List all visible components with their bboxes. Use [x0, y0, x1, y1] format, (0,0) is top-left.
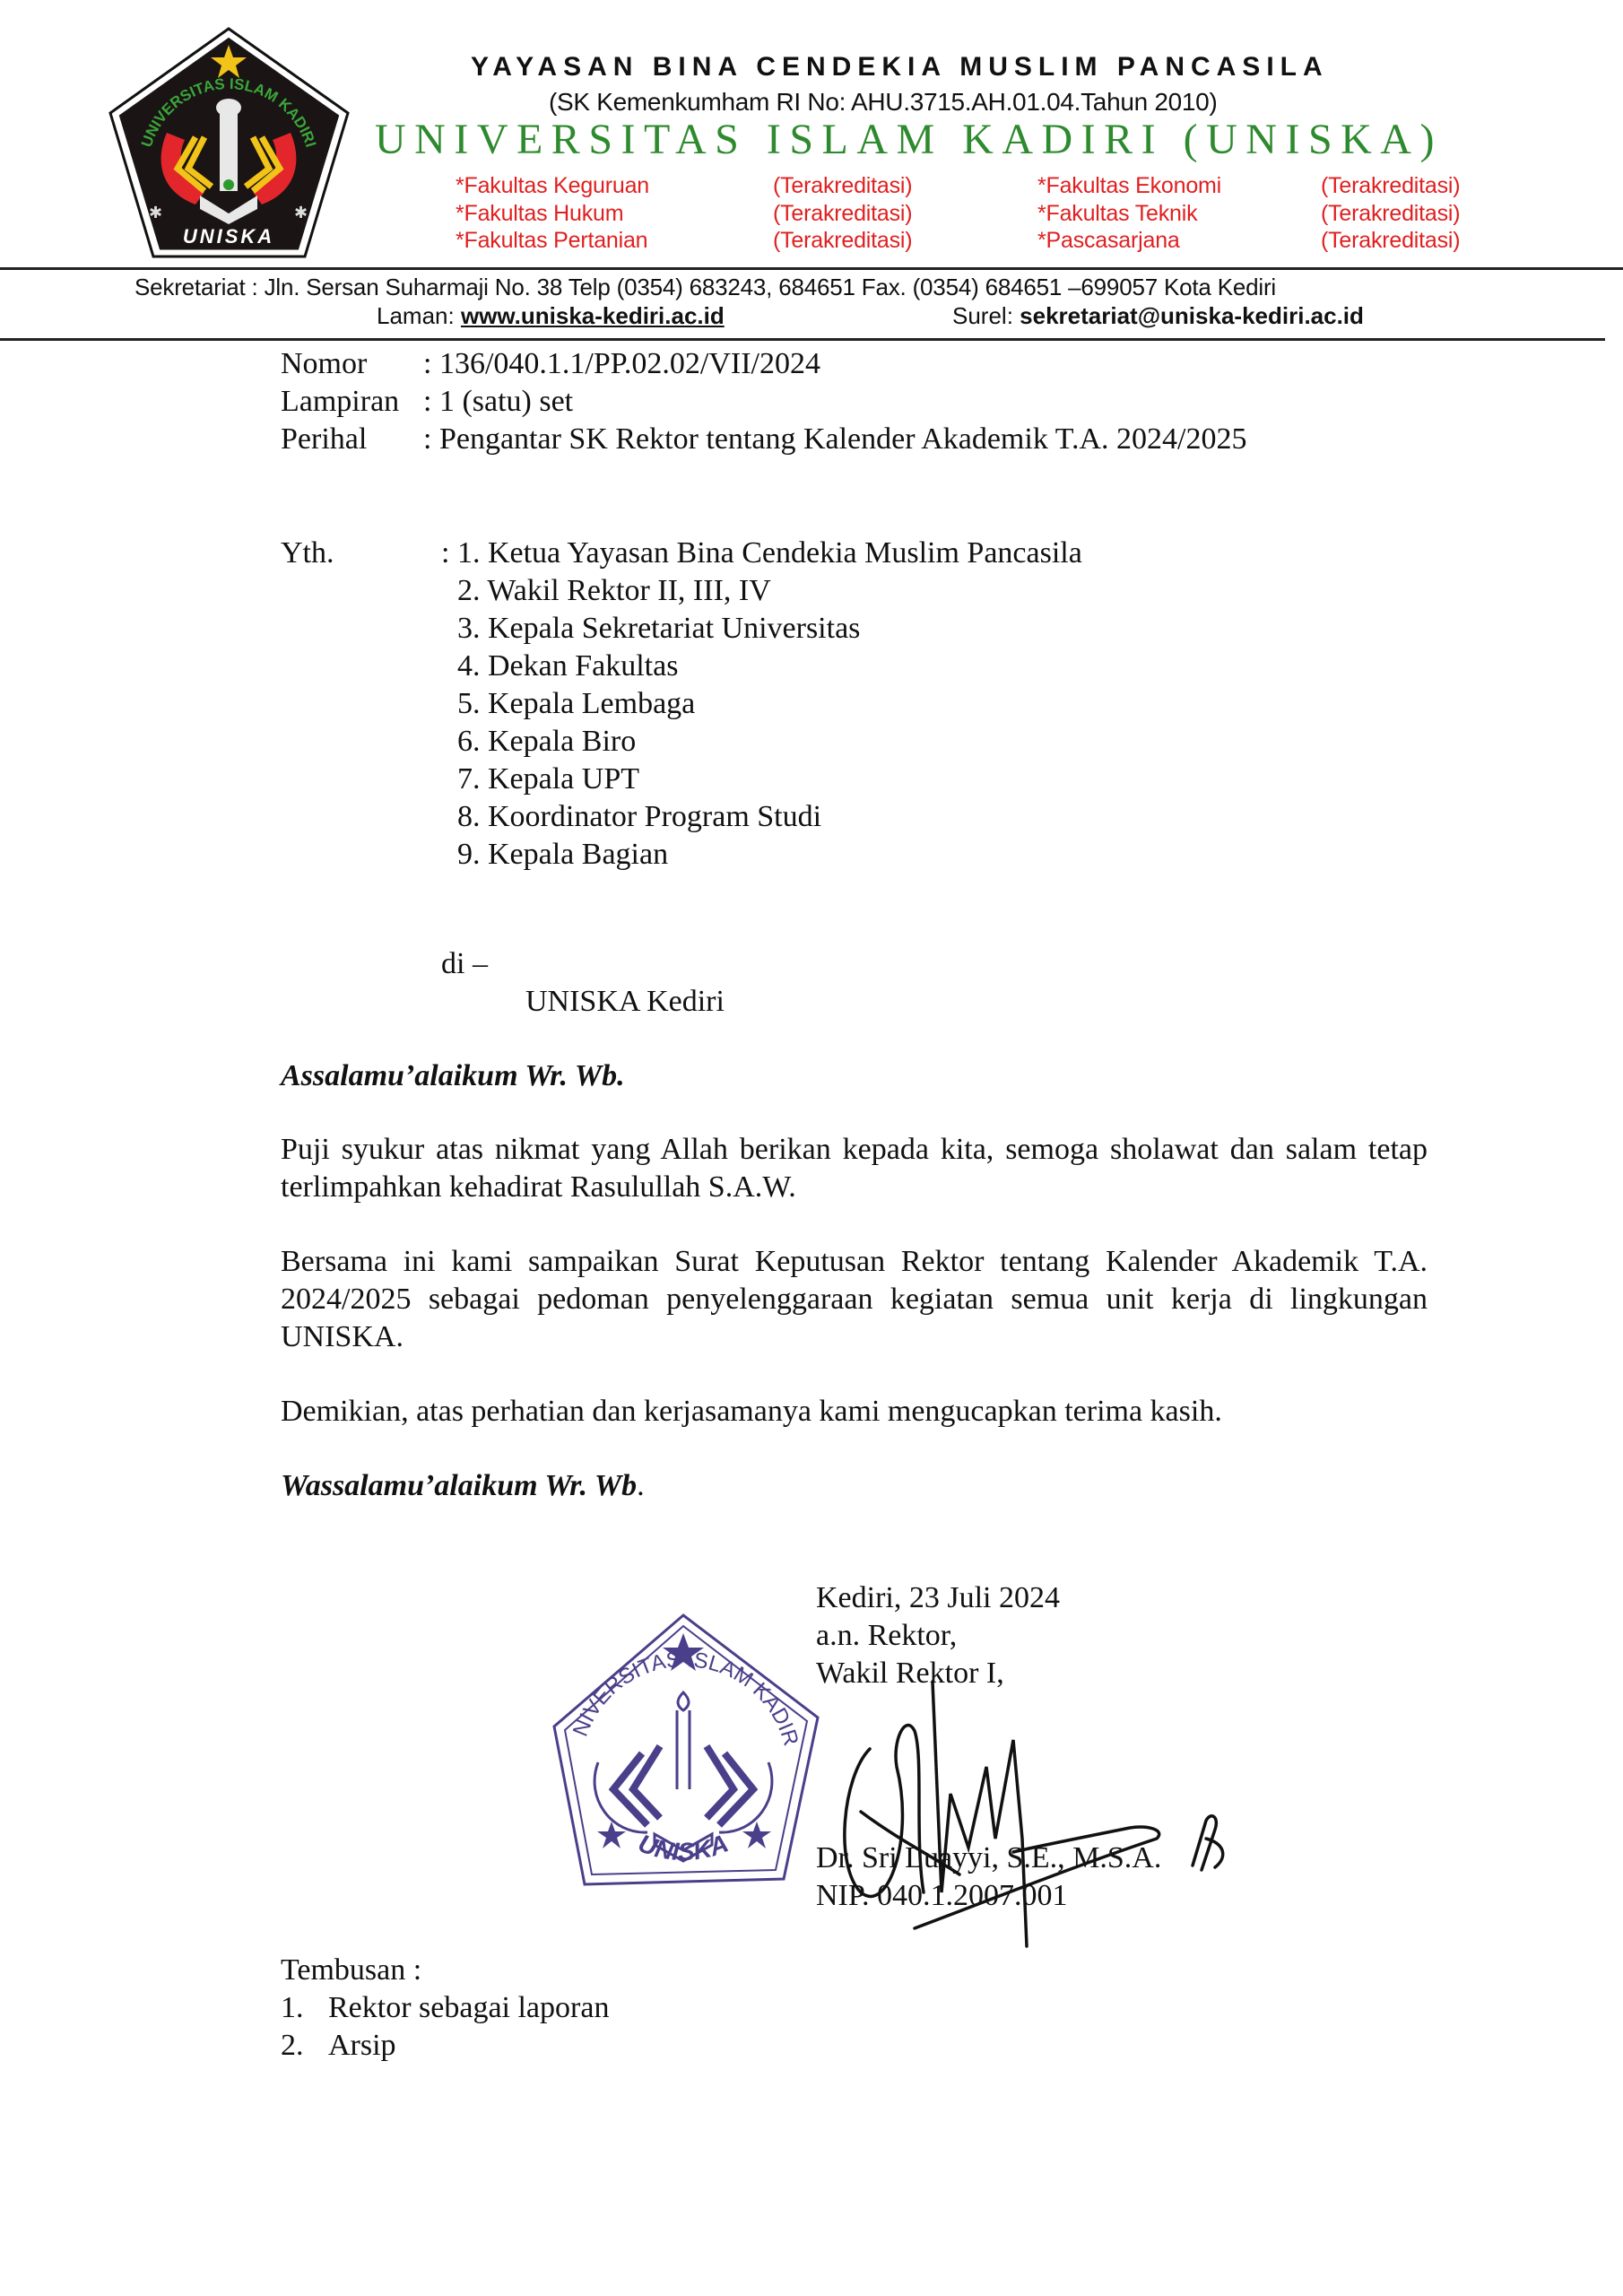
- body-paragraph: Bersama ini kami sampaikan Surat Keputus…: [281, 1243, 1428, 1356]
- foundation-name: YAYASAN BINA CENDEKIA MUSLIM PANCASILA: [471, 52, 1329, 83]
- meta-value-nomor: : 136/040.1.1/PP.02.02/VII/2024: [423, 345, 820, 383]
- header-divider-top: [0, 267, 1623, 270]
- website-line: Laman: www.uniska-kediri.ac.id: [377, 302, 725, 330]
- faculty-status: (Terakreditasi): [1321, 173, 1460, 199]
- signature-place-date: Kediri, 23 Juli 2024: [816, 1579, 1060, 1617]
- meta-value-lampiran: : 1 (satu) set: [423, 383, 573, 421]
- faculty-name: *Fakultas Teknik: [1037, 201, 1197, 227]
- foundation-decree: (SK Kemenkumham RI No: AHU.3715.AH.01.04…: [549, 88, 1217, 117]
- handwritten-signature: [807, 1659, 1237, 1955]
- email-link[interactable]: sekretariat@uniska-kediri.ac.id: [1020, 302, 1364, 329]
- closing-text: Wassalamu’alaikum Wr. Wb: [281, 1469, 637, 1502]
- cc-item-number: 2.: [281, 2027, 304, 2065]
- svg-text:UNISKA: UNISKA: [183, 225, 274, 248]
- cc-item-number: 1.: [281, 1989, 304, 2027]
- email-label: Surel:: [952, 302, 1020, 329]
- list-item: 4. Dekan Fakultas: [457, 648, 678, 685]
- recipients-label: Yth.: [281, 535, 334, 572]
- list-item: 6. Kepala Biro: [457, 723, 636, 761]
- faculty-status: (Terakreditasi): [1321, 228, 1460, 254]
- closing-dot: .: [637, 1469, 645, 1502]
- list-item: 8. Koordinator Program Studi: [457, 798, 821, 836]
- cc-item: Rektor sebagai laporan: [328, 1989, 609, 2027]
- website-label: Laman:: [377, 302, 461, 329]
- body-paragraph: Puji syukur atas nikmat yang Allah berik…: [281, 1131, 1428, 1206]
- list-item: : 1. Ketua Yayasan Bina Cendekia Muslim …: [441, 535, 1082, 572]
- recipient-location: UNISKA Kediri: [525, 983, 725, 1021]
- faculty-name: *Fakultas Ekonomi: [1037, 173, 1221, 199]
- cc-item: Arsip: [328, 2027, 396, 2065]
- cc-label: Tembusan :: [281, 1952, 421, 1989]
- university-logo: UNIVERSITAS ISLAM KADIRI ✱ ✱ UNISKA: [106, 25, 352, 263]
- faculty-status: (Terakreditasi): [1321, 201, 1460, 227]
- faculty-status: (Terakreditasi): [773, 201, 912, 227]
- list-item: 9. Kepala Bagian: [457, 836, 668, 874]
- faculty-status: (Terakreditasi): [773, 173, 912, 199]
- faculty-name: *Pascasarjana: [1037, 228, 1180, 254]
- university-stamp: UNIVERSITAS ISLAM KADIRI UNISKA: [549, 1610, 827, 1895]
- recipient-location-prefix: di –: [441, 945, 488, 983]
- list-item: 3. Kepala Sekretariat Universitas: [457, 610, 860, 648]
- meta-label-lampiran: Lampiran: [281, 383, 399, 421]
- greeting: Assalamu’alaikum Wr. Wb.: [281, 1057, 625, 1095]
- faculty-status: (Terakreditasi): [773, 228, 912, 254]
- list-item: 7. Kepala UPT: [457, 761, 639, 798]
- header-divider-bottom: [0, 338, 1605, 341]
- faculty-name: *Fakultas Pertanian: [456, 228, 647, 254]
- faculty-name: *Fakultas Keguruan: [456, 173, 649, 199]
- star-icon: ✱: [149, 204, 162, 222]
- star-icon: ✱: [294, 204, 308, 222]
- list-item: 2. Wakil Rektor II, III, IV: [457, 572, 771, 610]
- website-link[interactable]: www.uniska-kediri.ac.id: [461, 302, 725, 329]
- list-item: 5. Kepala Lembaga: [457, 685, 695, 723]
- svg-text:UNISKA: UNISKA: [635, 1829, 732, 1865]
- university-name: UNIVERSITAS ISLAM KADIRI (UNISKA): [375, 115, 1443, 164]
- body-paragraph: Demikian, atas perhatian dan kerjasamany…: [281, 1393, 1222, 1431]
- email-line: Surel: sekretariat@uniska-kediri.ac.id: [952, 302, 1364, 330]
- meta-label-perihal: Perihal: [281, 421, 367, 458]
- closing: Wassalamu’alaikum Wr. Wb.: [281, 1467, 645, 1505]
- meta-label-nomor: Nomor: [281, 345, 367, 383]
- secretariat-address: Sekretariat : Jln. Sersan Suharmaji No. …: [135, 274, 1276, 301]
- signature-on-behalf: a.n. Rektor,: [816, 1617, 957, 1655]
- faculty-name: *Fakultas Hukum: [456, 201, 623, 227]
- meta-value-perihal: : Pengantar SK Rektor tentang Kalender A…: [423, 421, 1246, 458]
